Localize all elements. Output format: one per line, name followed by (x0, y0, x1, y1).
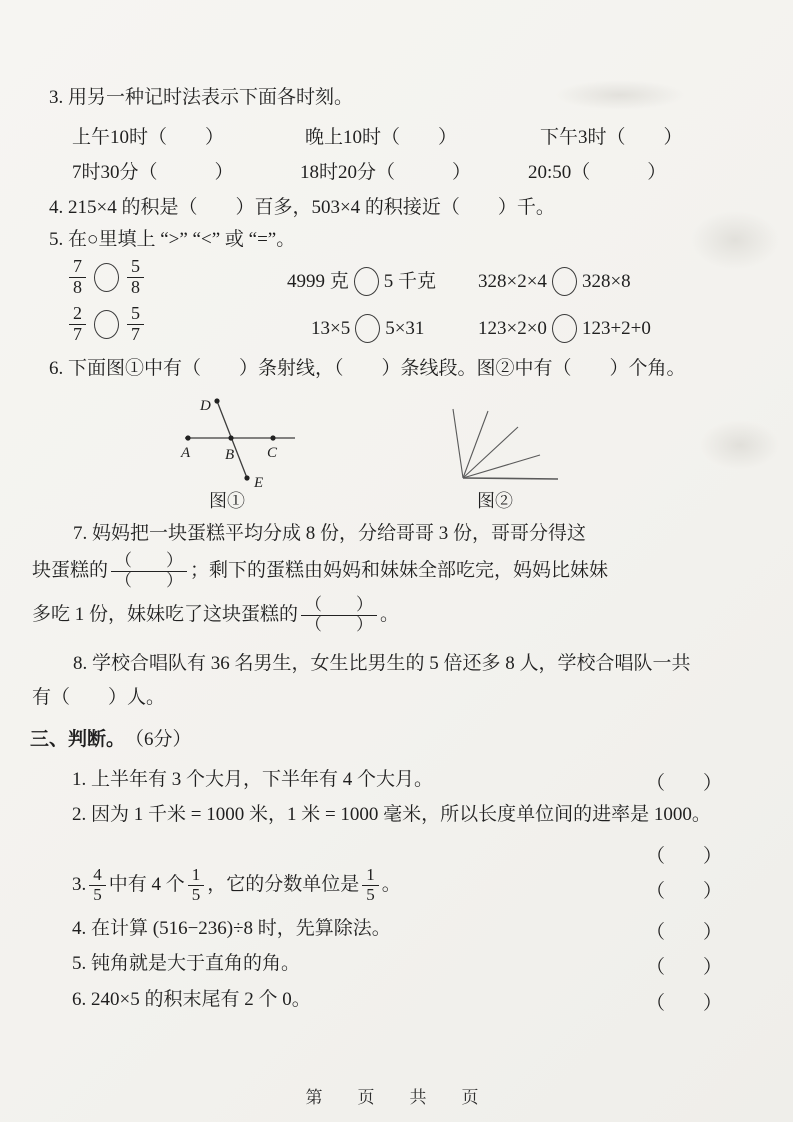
figure2-caption-text: 图② (477, 491, 513, 511)
time-blank: 20:50（ ） (528, 161, 666, 185)
q8-line1: 8. 学校合唱队有 36 名男生，女生比男生的 5 倍还多 8 人，学校合唱队一… (73, 652, 691, 676)
fraction-denominator: 7 (69, 325, 86, 345)
q3-heading-text: 3. 用另一种记时法表示下面各时刻。 (49, 86, 353, 110)
q3-row2-item1: 7时30分（ ） (72, 161, 234, 185)
judge-item-3-part: 3. (72, 873, 86, 897)
q4-text: 4. 215×4 的积是（ ）百多，503×4 的积接近（ ）千。 (49, 196, 555, 220)
judge-item-2-text: 2. 因为 1 千米 = 1000 米，1 米 = 1000 毫米，所以长度单位… (72, 803, 711, 827)
q8-line2: 有（ ）人。 (32, 686, 165, 710)
judge-answer-blank-3: （ ） (646, 876, 722, 903)
fraction: 27 (69, 304, 86, 345)
fraction-numerator: 2 (69, 304, 86, 325)
time-blank: 18时20分（ ） (300, 161, 471, 185)
section3-title: 三、判断。 (30, 728, 125, 752)
fraction: 15 (362, 866, 379, 904)
judge-item-5-text: 5. 钝角就是大于直角的角。 (72, 952, 300, 976)
figure1-caption-text: 图① (209, 491, 245, 511)
q5-heading-text: 5. 在○里填上 “>” “<” 或 “=”。 (49, 228, 295, 252)
fraction-denominator: 8 (69, 278, 86, 298)
time-blank: 下午3时（ ） (540, 126, 683, 150)
judge-item-4: 4. 在计算 (516−236)÷8 时，先算除法。 (72, 917, 391, 941)
judge-answer-blank-5: （ ） (646, 952, 722, 979)
point-label-E: E (253, 475, 263, 491)
q6-heading: 6. 下面图①中有（ ）条射线，（ ）条线段。图②中有（ ）个角。 (49, 357, 686, 381)
q7-line2-post: ；剩下的蛋糕由妈妈和妹妹全部吃完，妈妈比妹妹 (190, 559, 608, 583)
blank-fraction-numerator: （ ） (301, 596, 377, 616)
fraction: 15 (188, 866, 205, 904)
judge-answer-blank-1: （ ） (646, 768, 722, 795)
q3-row1-item1: 上午10时（ ） (72, 126, 224, 150)
time-blank: 晚上10时（ ） (305, 126, 457, 150)
q4-text-content: 4. 215×4 的积是（ ）百多，503×4 的积接近（ ）千。 (49, 196, 555, 220)
compare-left: 123×2×0 (478, 317, 547, 341)
compare-right: 5 千克 (384, 270, 436, 294)
compare-left: 13×5 (311, 317, 350, 341)
q5-pair-5: 13×5 5×31 (311, 314, 424, 343)
judge-item-1-text: 1. 上半年有 3 个大月，下半年有 4 个大月。 (72, 768, 433, 792)
compare-blank-circle (94, 310, 119, 339)
figure2-caption: 图② (477, 487, 513, 513)
q6-heading-text: 6. 下面图①中有（ ）条射线，（ ）条线段。图②中有（ ）个角。 (49, 357, 686, 381)
q3-heading: 3. 用另一种记时法表示下面各时刻。 (49, 86, 353, 110)
fraction-numerator: 5 (127, 304, 144, 325)
scan-smudge (700, 420, 780, 470)
fraction-denominator: 5 (362, 886, 379, 905)
q7-line3-pre: 多吃 1 份，妹妹吃了这块蛋糕的 (32, 603, 298, 627)
figure1-caption: 图① (209, 487, 245, 513)
section3-heading: 三、判断。 （6分） (30, 728, 192, 752)
judge-item-1: 1. 上半年有 3 个大月，下半年有 4 个大月。 (72, 768, 433, 792)
judge-item-3-part: 。 (382, 873, 401, 897)
point-label-D: D (199, 398, 211, 414)
figure2-diagram (440, 398, 568, 486)
judge-item-3-part: 中有 4 个 (109, 873, 185, 897)
judge-item-4-text: 4. 在计算 (516−236)÷8 时，先算除法。 (72, 917, 391, 941)
judge-answer-blank-6: （ ） (646, 988, 722, 1015)
scan-smudge (555, 80, 685, 110)
exam-page: 3. 用另一种记时法表示下面各时刻。 上午10时（ ） 晚上10时（ ） 下午3… (0, 0, 793, 1122)
q5-pair-1: 78 58 (66, 257, 147, 298)
blank-fraction: （ ）（ ） (111, 552, 187, 590)
time-blank: 上午10时（ ） (72, 126, 224, 150)
fraction: 78 (69, 257, 86, 298)
figure1-diagram: A B C D E (150, 386, 305, 494)
q3-row2-item2: 18时20分（ ） (300, 161, 471, 185)
judge-answer-blank-2: （ ） (646, 841, 722, 868)
judge-item-6-text: 6. 240×5 的积末尾有 2 个 0。 (72, 988, 311, 1012)
q3-row1-item2: 晚上10时（ ） (305, 126, 457, 150)
q7-line3: 多吃 1 份，妹妹吃了这块蛋糕的 （ ）（ ） 。 (32, 596, 399, 634)
compare-right: 328×8 (582, 270, 631, 294)
q7-line2-pre: 块蛋糕的 (32, 559, 108, 583)
fraction-numerator: 1 (362, 866, 379, 886)
fraction-denominator: 5 (89, 886, 106, 905)
judge-item-3: 3. 45 中有 4 个 15 ，它的分数单位是 15 。 (72, 866, 401, 904)
compare-left: 328×2×4 (478, 270, 547, 294)
compare-right: 5×31 (385, 317, 424, 341)
scan-smudge (690, 210, 780, 270)
time-blank: 7时30分（ ） (72, 161, 234, 185)
q5-pair-6: 123×2×0 123+2+0 (478, 314, 651, 343)
fraction: 58 (127, 257, 144, 298)
q5-pair-4: 27 57 (66, 304, 147, 345)
q8-line1-text: 8. 学校合唱队有 36 名男生，女生比男生的 5 倍还多 8 人，学校合唱队一… (73, 652, 691, 676)
judge-answer-blank-4: （ ） (646, 917, 722, 944)
q3-row1-item3: 下午3时（ ） (540, 126, 683, 150)
point-label-B: B (225, 447, 234, 463)
compare-left: 4999 克 (287, 270, 349, 294)
fraction-numerator: 7 (69, 257, 86, 278)
fraction-denominator: 7 (127, 325, 144, 345)
judge-item-2: 2. 因为 1 千米 = 1000 米，1 米 = 1000 毫米，所以长度单位… (72, 803, 711, 827)
q7-line1-text: 7. 妈妈把一块蛋糕平均分成 8 份，分给哥哥 3 份，哥哥分得这 (73, 522, 586, 546)
q5-heading: 5. 在○里填上 “>” “<” 或 “=”。 (49, 228, 295, 252)
fraction-numerator: 1 (188, 866, 205, 886)
fraction: 57 (127, 304, 144, 345)
q3-row2-item3: 20:50（ ） (528, 161, 666, 185)
page-footer: 第 页 共 页 (0, 1083, 793, 1108)
fraction-denominator: 5 (188, 886, 205, 905)
compare-blank-circle (355, 314, 380, 343)
q7-line3-post: 。 (380, 603, 399, 627)
fraction-numerator: 4 (89, 866, 106, 886)
q8-line2-text: 有（ ）人。 (32, 686, 165, 710)
q5-pair-3: 328×2×4 328×8 (478, 267, 631, 296)
blank-fraction-denominator: （ ） (111, 572, 187, 591)
q7-line1: 7. 妈妈把一块蛋糕平均分成 8 份，分给哥哥 3 份，哥哥分得这 (73, 522, 586, 546)
blank-fraction: （ ）（ ） (301, 596, 377, 634)
point-label-C: C (267, 445, 278, 461)
compare-blank-circle (94, 263, 119, 292)
judge-item-6: 6. 240×5 的积末尾有 2 个 0。 (72, 988, 311, 1012)
blank-fraction-denominator: （ ） (301, 616, 377, 635)
fraction-denominator: 8 (127, 278, 144, 298)
fraction: 45 (89, 866, 106, 904)
q7-line2: 块蛋糕的 （ ）（ ） ；剩下的蛋糕由妈妈和妹妹全部吃完，妈妈比妹妹 (32, 552, 608, 590)
point-label-A: A (180, 445, 191, 461)
judge-item-3-part: ，它的分数单位是 (207, 873, 359, 897)
q5-pair-2: 4999 克 5 千克 (287, 267, 436, 296)
fraction-numerator: 5 (127, 257, 144, 278)
section3-score: （6分） (125, 728, 192, 752)
page-footer-text: 第 页 共 页 (306, 1088, 488, 1107)
compare-blank-circle (354, 267, 379, 296)
judge-item-5: 5. 钝角就是大于直角的角。 (72, 952, 300, 976)
blank-fraction-numerator: （ ） (111, 552, 187, 572)
compare-blank-circle (552, 267, 577, 296)
compare-blank-circle (552, 314, 577, 343)
compare-right: 123+2+0 (582, 317, 651, 341)
